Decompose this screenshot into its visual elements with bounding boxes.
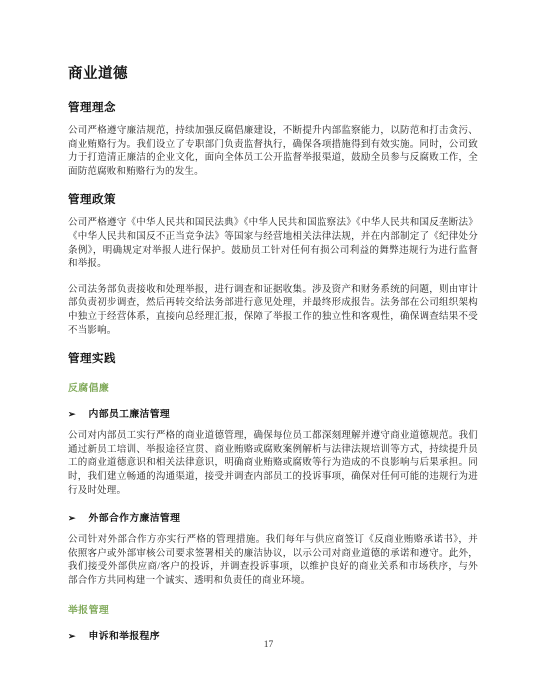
heading-management-practice: 管理实践 <box>68 350 478 366</box>
page-title: 商业道德 <box>68 62 478 83</box>
bullet-title-internal-employee-integrity: 内部员工廉洁管理 <box>89 406 171 420</box>
heading-management-policy: 管理政策 <box>68 191 478 207</box>
arrow-bullet-icon: ➢ <box>68 513 76 524</box>
document-page: 商业道德 管理理念 公司严格遵守廉洁规范，持续加强反腐倡廉建设，不断提升内部监察… <box>0 0 537 696</box>
bullet-internal-employee-integrity: ➢ 内部员工廉洁管理 <box>68 406 478 420</box>
section-management-practice: 管理实践 反腐倡廉 ➢ 内部员工廉洁管理 公司对内部员工实行严格的商业道德管理，… <box>68 350 478 642</box>
bullet-external-partner-integrity: ➢ 外部合作方廉洁管理 <box>68 510 478 524</box>
paragraph-policy-legal-dept: 公司法务部负责接收和处理举报，进行调查和证据收集。涉及资产和财务系统的问题，则由… <box>68 284 478 338</box>
section-management-philosophy: 管理理念 公司严格遵守廉洁规范，持续加强反腐倡廉建设，不断提升内部监察能力，以防… <box>68 99 478 179</box>
subheading-whistleblowing-management: 举报管理 <box>68 602 478 616</box>
paragraph-external-partner-integrity: 公司针对外部合作方亦实行严格的管理措施。我们每年与供应商签订《反商业贿赂承诺书》… <box>68 534 478 588</box>
heading-management-philosophy: 管理理念 <box>68 99 478 115</box>
subheading-anti-corruption: 反腐倡廉 <box>68 380 478 394</box>
bullet-title-external-partner-integrity: 外部合作方廉洁管理 <box>89 510 181 524</box>
paragraph-internal-employee-integrity: 公司对内部员工实行严格的商业道德管理，确保每位员工都深刻理解并遵守商业道德规范。… <box>68 430 478 498</box>
arrow-bullet-icon: ➢ <box>68 409 76 420</box>
paragraph-philosophy: 公司严格遵守廉洁规范，持续加强反腐倡廉建设，不断提升内部监察能力，以防范和打击贪… <box>68 125 478 179</box>
page-number: 17 <box>0 640 537 650</box>
section-management-policy: 管理政策 公司严格遵守《中华人民共和国民法典》《中华人民共和国监察法》《中华人民… <box>68 191 478 338</box>
paragraph-policy-laws: 公司严格遵守《中华人民共和国民法典》《中华人民共和国监察法》《中华人民共和国反垄… <box>68 217 478 271</box>
